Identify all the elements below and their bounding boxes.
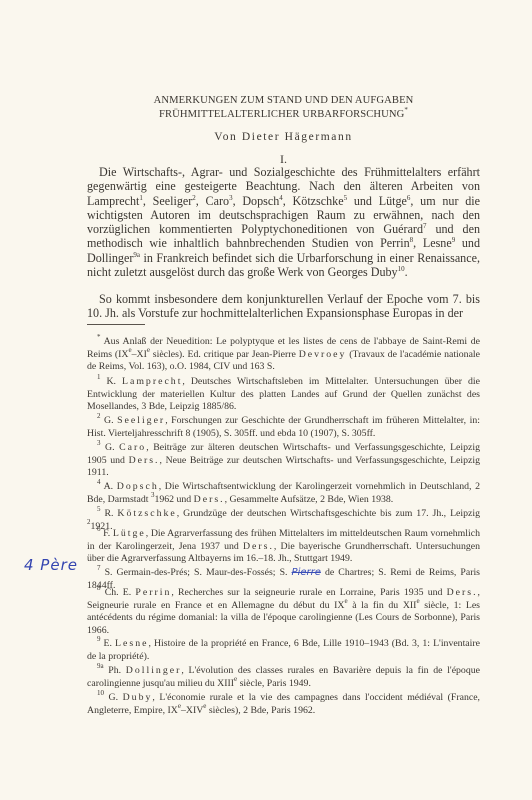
footnote-3: 3 G. Caro, Beiträge zur älteren deutsche… (87, 442, 480, 480)
body-paragraph-1: Die Wirtschafts-, Agrar- und Sozialgesch… (87, 165, 480, 279)
author-name: Dollinger (126, 665, 182, 676)
article-title-line-2: FRÜHMITTELALTERLICHER URBARFORSCHUNG* (87, 108, 480, 122)
author-name: Ders. (194, 494, 225, 505)
text: , Caro (196, 194, 229, 208)
article-title-line-1: ANMERKUNGEN ZUM STAND UND DEN AUFGABEN (87, 94, 480, 108)
text: Ph. (104, 665, 126, 676)
text: A. (101, 481, 117, 492)
footnote-ref: 9a (133, 251, 140, 259)
text: –XI (132, 349, 147, 360)
footnote-4: 4 A. Dopsch, Die Wirtschaftsentwicklung … (87, 481, 480, 506)
text: in Frankreich befindet sich die Urbarfor… (87, 251, 480, 279)
text: E. (101, 638, 116, 649)
footnote-8: 8 Ch. E. Perrin, Recherches sur la seign… (87, 587, 480, 637)
author-name: Perrin (135, 587, 171, 598)
text: K. (101, 376, 122, 387)
text: G. (101, 442, 120, 453)
footnote-star: * Aus Anlaß der Neuedition: Le polyptyqu… (87, 336, 480, 374)
author-name: Ders. (129, 455, 160, 466)
author-name: Devroey (299, 349, 347, 360)
footnote-1: 1 K. Lamprecht, Deutsches Wirtschaftsleb… (87, 376, 480, 414)
text: , Dopsch (233, 194, 280, 208)
footnote-mark: 9a (97, 662, 104, 670)
title-footnote-marker: * (404, 106, 408, 114)
footnote-separator (87, 324, 145, 325)
text: 1962 und (154, 494, 193, 505)
author-name: Lamprecht (122, 376, 182, 387)
text: , Kötzschke (283, 194, 344, 208)
title-text: FRÜHMITTELALTERLICHER URBARFORSCHUNG (159, 109, 404, 120)
struck-out-word: Pierre (292, 567, 321, 578)
text: siècles). Ed. critique par Jean-Pierre (150, 349, 299, 360)
author-name: Caro (119, 442, 146, 453)
text: Ch. E. (101, 587, 136, 598)
text: siècle, Paris 1949. (237, 678, 311, 689)
text: S. Germain-des-Prés; S. Maur-des-Fossés;… (101, 567, 292, 578)
handwritten-margin-note: 4 Père (24, 556, 78, 574)
author-name: Seeliger (117, 415, 165, 426)
footnote-6: 6 F. Lütge, Die Agrarverfassung des früh… (87, 528, 480, 566)
text: , Lesne (413, 236, 452, 250)
text: , Gesammelte Aufsätze, 2 Bde, Wien 1938. (225, 494, 394, 505)
body-paragraph-2: So kommt insbesondere dem konjunkturelle… (87, 292, 480, 321)
text: à la fin du XII (348, 600, 417, 611)
author-name: Duby (123, 692, 153, 703)
author-name: Lesne (115, 638, 148, 649)
text: siècles), 2 Bde, Paris 1962. (206, 705, 315, 716)
footnote-9a: 9a Ph. Dollinger, L'évolution des classe… (87, 665, 480, 690)
footnote-9: 9 E. Lesne, Histoire de la propriété en … (87, 638, 480, 663)
text: , Seeliger (143, 194, 192, 208)
author-name: Ders. (243, 541, 274, 552)
text: , Recherches sur la seigneurie rurale en… (171, 587, 446, 598)
text: G. (104, 692, 123, 703)
text: F. (101, 528, 113, 539)
text: . (405, 265, 408, 279)
footnote-10: 10 G. Duby, L'économie rurale et la vie … (87, 692, 480, 717)
text: –XIV (181, 705, 203, 716)
author-byline: Von Dieter Hägermann (87, 131, 480, 143)
text: und Lütge (347, 194, 407, 208)
text: , Grundzüge der deutschen Wirtschaftsges… (177, 508, 480, 519)
footnote-ref: 10 (398, 265, 405, 273)
author-name: Ders. (447, 587, 478, 598)
text: R. (101, 508, 118, 519)
author-name: Kötzschke (117, 508, 176, 519)
footnote-2: 2 G. Seeliger, Forschungen zur Geschicht… (87, 415, 480, 440)
footnote-mark: 10 (97, 689, 104, 697)
author-name: Lütge (113, 528, 146, 539)
text: G. (101, 415, 118, 426)
